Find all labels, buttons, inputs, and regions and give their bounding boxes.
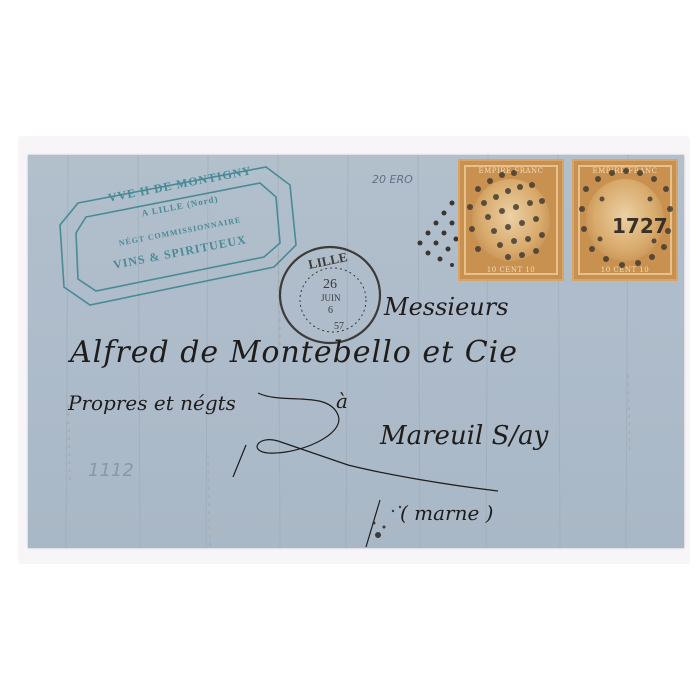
- pencil-note-bottom: 1112: [88, 460, 134, 481]
- address-department: ( marne ): [400, 501, 494, 525]
- datestamp-month: JUIN: [321, 293, 341, 303]
- stamp-right: EMPIRE FRANC 10 CENT 10 1727: [572, 159, 678, 281]
- datestamp-hour: 6: [328, 305, 333, 316]
- merchant-cachet: VVE H DE MONTIGNY A LILLE (Nord) NÉGT CO…: [64, 167, 296, 277]
- lille-datestamp: LILLE 26 JUIN 6 57: [280, 245, 384, 345]
- postal-cover: VVE H DE MONTIGNY A LILLE (Nord) NÉGT CO…: [28, 155, 684, 548]
- cancel-number: 1727: [612, 214, 668, 238]
- losange-cancel: [458, 159, 564, 281]
- datestamp-day: 26: [323, 277, 337, 293]
- address-title: Propres et négts: [68, 391, 236, 415]
- stamp-left: EMPIRE FRANC 10 CENT 10: [458, 159, 564, 281]
- pencil-note-top: 20 ERO: [372, 173, 413, 186]
- address-town: Mareuil S/ay: [380, 421, 548, 451]
- datestamp-year: 57: [334, 321, 344, 332]
- address-name: Alfred de Montebello et Cie: [70, 335, 518, 370]
- datestamp-city: LILLE: [307, 249, 349, 273]
- address-salutation: Messieurs: [384, 293, 509, 321]
- address-preposition: à: [336, 389, 348, 413]
